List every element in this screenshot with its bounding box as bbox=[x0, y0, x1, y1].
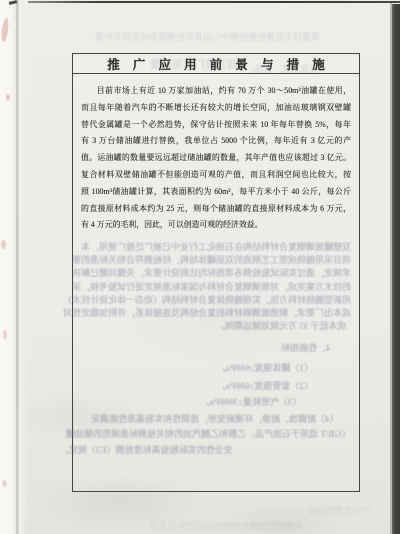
bleedthrough-line: 成本出厂要求，制造玻璃钢材料的复合结构及连接体系，并附加稳定性对 bbox=[63, 307, 351, 320]
bleedthrough-line: 成本低于 35 万元规划储运期间。 bbox=[216, 320, 347, 333]
body-text-line: 照 100m³储油罐计算，其表面积约为 60m²，每平方米小于 40 公斤，每公… bbox=[81, 184, 351, 201]
scanned-document-page: 质量技术监督检验检测中心出具的检测报告结论符合标准 推 广 应 用 前 景 与 … bbox=[0, 0, 400, 534]
body-text-line: 有 4 万元的毛利，因此，可以创造可观的经济效益。 bbox=[81, 217, 351, 234]
body-text-line: 目前市场上有近 10 万家加油站，约有 70 万个 30～50m³油罐在使用， bbox=[81, 83, 351, 100]
body-text-line: 替代金属罐是一个必然趋势，保守估计按照未来 10 年每年替换 5%，每年 bbox=[81, 117, 351, 134]
bleedthrough-line: 4、性能指标 bbox=[281, 342, 331, 355]
bleedthrough-line: 双壁罐玻璃钢复合材料结构在石油化工行业中已被广泛推广使用，本 bbox=[81, 241, 351, 254]
bleedthrough-line: （4）耐腐蚀、耐渗，环境耐变形，连锁性和实验基准性能满足 bbox=[91, 413, 339, 426]
body-paragraph: 目前市场上有近 10 万家加油站，约有 70 万个 30～50m³油罐在使用，而… bbox=[73, 74, 359, 234]
bleedthrough-line: 用新型缠绕材料方法，实现缠绕体复合材料结构（动态一体化设计技术） bbox=[63, 294, 351, 307]
pink-stray-mark bbox=[1, 240, 6, 249]
bleedthrough-block: 双壁罐玻璃钢复合材料结构在石油化工行业中已被广泛推广使用，本项目采用缠绕成型工艺… bbox=[81, 241, 351, 457]
bleedthrough-line-below-frame: 玻璃钢双壁罐检测数据归档资料记录表 bbox=[150, 519, 303, 532]
body-text-line: 复合材料双壁储油罐不但能创造可观的产值，而且利润空间也比较大，按 bbox=[81, 167, 351, 184]
body-text-line: 的直接原材料成本约为 25 元，则每个储油罐的直接原材料成本为 6 万元， bbox=[81, 201, 351, 218]
pink-stray-mark bbox=[3, 330, 7, 340]
body-text-line: 值。运油罐的数量要远远超过储油罐的数量，其年产值也应该超过 3 亿元。 bbox=[81, 150, 351, 167]
bleedthrough-line-below-frame: 汽车实测数据组 bbox=[307, 504, 370, 517]
bleedthrough-line: （3）气密耗量≥3000Pa。 bbox=[201, 396, 301, 409]
scan-right-dark-edge bbox=[392, 4, 400, 534]
scan-top-edge-line bbox=[28, 1, 400, 3]
page-title: 推 广 应 用 前 景 与 措 施 bbox=[102, 55, 330, 73]
bleedthrough-line-above-frame: 质量技术监督检验检测中心出具的检测报告结论符合标准 bbox=[95, 30, 320, 43]
body-text-line: 有 3 万台储油罐进行替换，我单位占 5000 个比例，每年近有 3 亿元的产 bbox=[81, 133, 351, 150]
bleedthrough-line: 求规定，通过实际试验检测各项指标均达到设计要求，关键问题已解决 bbox=[72, 267, 351, 280]
bleedthrough-line: （GB/T 适用于石油产品、乙醇和乙醚汽油的相关检测标准规范的储油罐 bbox=[66, 428, 351, 441]
bleedthrough-line: 项目采用缠绕成型工艺制造的双层罐体结构，经检测符合相关标准的要 bbox=[72, 254, 351, 267]
page-left-shading bbox=[19, 0, 28, 534]
bleedthrough-line: 安全性的实际检验高标准检测（E3）规定。 bbox=[60, 444, 233, 457]
page-left-white-edge bbox=[0, 0, 16, 534]
bleedthrough-line: 的技术方案完成，对玻璃钢复合材料与国家标准规定进行试验考核，采 bbox=[72, 281, 351, 294]
bleedthrough-line: （2）套管强度≥600Pa。 bbox=[217, 380, 313, 393]
title-band: 推 广 应 用 前 景 与 措 施 bbox=[73, 54, 359, 74]
pink-stray-mark bbox=[2, 480, 7, 487]
bleedthrough-line: （1）罐体强度≥600Pa。 bbox=[217, 362, 313, 375]
content-frame: 推 广 应 用 前 景 与 措 施 目前市场上有近 10 万家加油站，约有 70… bbox=[72, 53, 360, 492]
body-text-line: 而且每年随着汽车的不断增长还有较大的增长空间，加油站玻璃钢双壁罐 bbox=[81, 100, 351, 117]
pink-stray-mark bbox=[6, 94, 10, 101]
